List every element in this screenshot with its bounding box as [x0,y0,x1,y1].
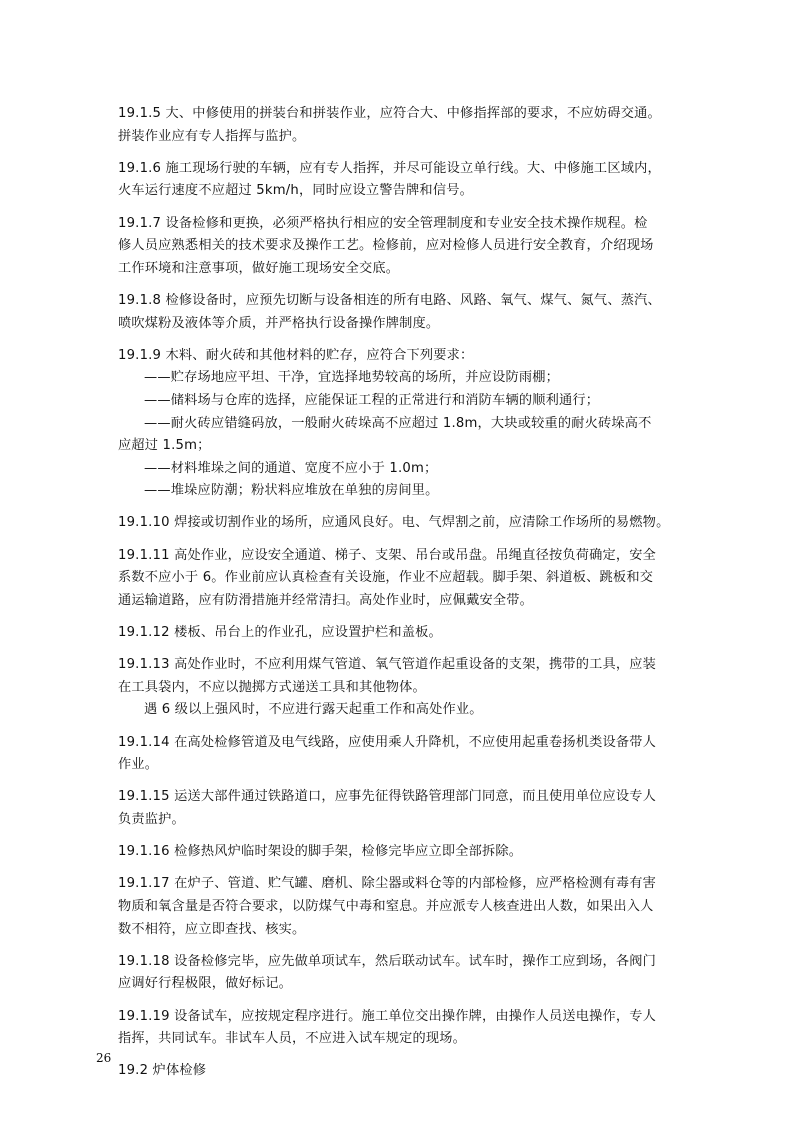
text-line: 指挥，共同试车。非试车人员，不应进入试车规定的现场。 [118,1028,676,1051]
clause-19-1-11: 19.1.11 高处作业，应设安全通道、梯子、支架、吊台或吊盘。吊绳直径按负荷确… [118,545,676,613]
text-line: 拼装作业应有专人指挥与监护。 [118,126,676,149]
text-line: 数不相符，应立即查找、核实。 [118,919,676,942]
text-line: 19.1.17 在炉子、管道、贮气罐、磨机、除尘器或料仓等的内部检修，应严格检测… [118,873,676,896]
text-line: 在工具袋内，不应以抛掷方式递送工具和其他物体。 [118,677,676,700]
clause-19-1-8: 19.1.8 检修设备时，应预先切断与设备相连的所有电路、风路、氧气、煤气、氮气… [118,290,676,335]
text-line: 19.1.14 在高处检修管道及电气线路，应使用乘人升降机，不应使用起重卷扬机类… [118,732,676,755]
text-line: 19.1.16 检修热风炉临时架设的脚手架，检修完毕应立即全部拆除。 [118,841,676,864]
clause-19-1-10: 19.1.10 焊接或切割作业的场所，应通风良好。电、气焊割之前，应清除工作场所… [118,512,676,535]
text-line: 19.1.12 楼板、吊台上的作业孔，应设置护栏和盖板。 [118,622,676,645]
list-item: ——耐火砖应错缝码放，一般耐火砖垛高不应超过 1.8m，大块或较重的耐火砖垛高不 [118,413,676,436]
text-line: 19.1.8 检修设备时，应预先切断与设备相连的所有电路、风路、氧气、煤气、氮气… [118,290,676,313]
section-heading-19-2: 19.2 炉体检修 [118,1060,676,1082]
list-item: ——储料场与仓库的选择，应能保证工程的正常进行和消防车辆的顺利通行； [118,390,676,413]
text-line: 19.1.19 设备试车，应按规定程序进行。施工单位交出操作牌，由操作人员送电操… [118,1006,676,1029]
clause-19-1-17: 19.1.17 在炉子、管道、贮气罐、磨机、除尘器或料仓等的内部检修，应严格检测… [118,873,676,941]
text-line: 作业。 [118,754,676,777]
text-line: 19.1.10 焊接或切割作业的场所，应通风良好。电、气焊割之前，应清除工作场所… [118,512,676,535]
text-line: 负责监护。 [118,809,676,832]
text-line: 物质和氧含量是否符合要求，以防煤气中毒和窒息。并应派专人核查进出人数，如果出入人 [118,896,676,919]
text-line: 工作环境和注意事项，做好施工现场安全交底。 [118,258,676,281]
clause-19-1-16: 19.1.16 检修热风炉临时架设的脚手架，检修完毕应立即全部拆除。 [118,841,676,864]
text-line: 19.1.13 高处作业时，不应利用煤气管道、氧气管道作起重设备的支架，携带的工… [118,654,676,677]
clause-19-1-15: 19.1.15 运送大部件通过铁路道口，应事先征得铁路管理部门同意，而且使用单位… [118,786,676,831]
text-line: 19.1.6 施工现场行驶的车辆，应有专人指挥，并尽可能设立单行线。大、中修施工… [118,158,676,181]
text-line: 19.1.18 设备检修完毕，应先做单项试车，然后联动试车。试车时，操作工应到场… [118,951,676,974]
page-number: 26 [96,1051,111,1065]
text-line: 19.1.9 木料、耐火砖和其他材料的贮存，应符合下列要求： [118,345,676,368]
text-line: 19.1.11 高处作业，应设安全通道、梯子、支架、吊台或吊盘。吊绳直径按负荷确… [118,545,676,568]
text-line: 19.1.5 大、中修使用的拼装台和拼装作业，应符合大、中修指挥部的要求，不应妨… [118,103,676,126]
clause-19-1-13: 19.1.13 高处作业时，不应利用煤气管道、氧气管道作起重设备的支架，携带的工… [118,654,676,722]
text-line: 火车运行速度不应超过 5km/h，同时应设立警告牌和信号。 [118,180,676,203]
clause-19-1-5: 19.1.5 大、中修使用的拼装台和拼装作业，应符合大、中修指挥部的要求，不应妨… [118,103,676,148]
text-line: 系数不应小于 6。作业前应认真检查有关设施，作业不应超载。脚手架、斜道板、跳板和… [118,567,676,590]
list-item-continuation: 应超过 1.5m； [118,435,676,458]
text-line: 应调好行程极限，做好标记。 [118,973,676,996]
clause-19-1-9: 19.1.9 木料、耐火砖和其他材料的贮存，应符合下列要求： ——贮存场地应平坦… [118,345,676,503]
text-line: 通运输道路，应有防滑措施并经常清扫。高处作业时，应佩戴安全带。 [118,590,676,613]
list-item: ——堆垛应防潮；粉状料应堆放在单独的房间里。 [118,480,676,503]
text-line: 19.1.7 设备检修和更换，必须严格执行相应的安全管理制度和专业安全技术操作规… [118,213,676,236]
clause-19-1-6: 19.1.6 施工现场行驶的车辆，应有专人指挥，并尽可能设立单行线。大、中修施工… [118,158,676,203]
clause-19-1-12: 19.1.12 楼板、吊台上的作业孔，应设置护栏和盖板。 [118,622,676,645]
indented-text-line: 遇 6 级以上强风时，不应进行露天起重工作和高处作业。 [118,699,676,722]
list-item: ——材料堆垛之间的通道、宽度不应小于 1.0m； [118,458,676,481]
text-line: 修人员应熟悉相关的技术要求及操作工艺。检修前，应对检修人员进行安全教育，介绍现场 [118,235,676,258]
clause-19-1-19: 19.1.19 设备试车，应按规定程序进行。施工单位交出操作牌，由操作人员送电操… [118,1006,676,1051]
clause-19-1-7: 19.1.7 设备检修和更换，必须严格执行相应的安全管理制度和专业安全技术操作规… [118,213,676,281]
list-item: ——贮存场地应平坦、干净，宜选择地势较高的场所，并应设防雨棚； [118,367,676,390]
document-page: 19.1.5 大、中修使用的拼装台和拼装作业，应符合大、中修指挥部的要求，不应妨… [118,103,676,1092]
text-line: 喷吹煤粉及液体等介质，并严格执行设备操作牌制度。 [118,313,676,336]
clause-19-1-14: 19.1.14 在高处检修管道及电气线路，应使用乘人升降机，不应使用起重卷扬机类… [118,732,676,777]
clause-19-1-18: 19.1.18 设备检修完毕，应先做单项试车，然后联动试车。试车时，操作工应到场… [118,951,676,996]
text-line: 19.1.15 运送大部件通过铁路道口，应事先征得铁路管理部门同意，而且使用单位… [118,786,676,809]
